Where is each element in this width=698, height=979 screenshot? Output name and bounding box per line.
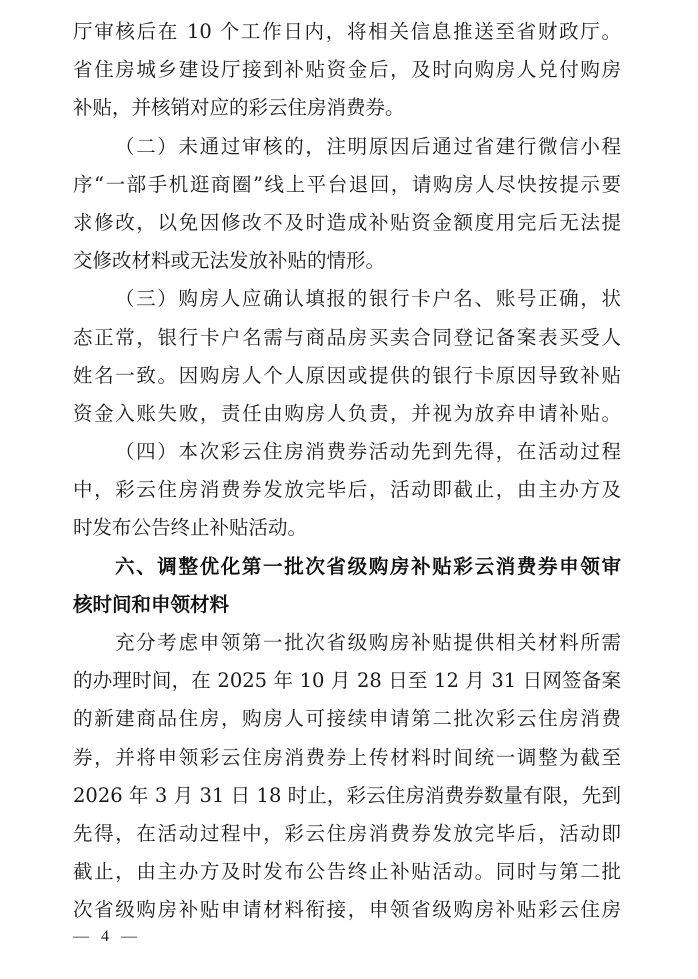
paragraph-item-4: （四）本次彩云住房消费券活动先到先得，在活动过程 中，彩云住房消费券发放完毕后，…	[73, 433, 621, 548]
text-line: 的新建商品住房，购房人可接续申请第二批次彩云住房消费	[73, 700, 621, 738]
text-line: 券，并将申领彩云住房消费券上传材料时间统一调整为截至	[73, 739, 621, 777]
page-number: — 4 —	[73, 928, 141, 946]
paragraph-section-6: 充分考虑申领第一批次省级购房补贴提供相关材料所需 的办理时间，在 2025 年 …	[73, 624, 621, 930]
text-line: （三）购房人应确认填报的银行卡户名、账号正确，状	[73, 280, 621, 318]
text-line: 2026 年 3 月 31 日 18 时止，彩云住房消费券数量有限，先到	[73, 777, 621, 815]
text-line: 求修改，以免因修改不及时造成补贴资金额度用完后无法提	[73, 204, 621, 242]
text-line: 充分考虑申领第一批次省级购房补贴提供相关材料所需	[73, 624, 621, 662]
heading-line: 核时间和申领材料	[73, 586, 621, 624]
text-line: 补贴，并核销对应的彩云住房消费券。	[73, 89, 621, 127]
text-line: 截止，由主办方及时发布公告终止补贴活动。同时与第二批	[73, 853, 621, 891]
paragraph-continued: 厅审核后在 10 个工作日内，将相关信息推送至省财政厅。 省住房城乡建设厅接到补…	[73, 13, 621, 128]
paragraph-item-3: （三）购房人应确认填报的银行卡户名、账号正确，状 态正常，银行卡户名需与商品房买…	[73, 280, 621, 433]
text-line: 的办理时间，在 2025 年 10 月 28 日至 12 月 31 日网签备案	[73, 662, 621, 700]
text-line: 中，彩云住房消费券发放完毕后，活动即截止，由主办方及	[73, 471, 621, 509]
text-line: （二）未通过审核的，注明原因后通过省建行微信小程	[73, 128, 621, 166]
text-line: 时发布公告终止补贴活动。	[73, 509, 621, 547]
text-line: 姓名一致。因购房人个人原因或提供的银行卡原因导致补贴	[73, 357, 621, 395]
text-line: 序“一部手机逛商圈”线上平台退回，请购房人尽快按提示要	[73, 166, 621, 204]
document-page: 厅审核后在 10 个工作日内，将相关信息推送至省财政厅。 省住房城乡建设厅接到补…	[73, 13, 621, 930]
paragraph-item-2: （二）未通过审核的，注明原因后通过省建行微信小程 序“一部手机逛商圈”线上平台退…	[73, 128, 621, 281]
text-line: 交修改材料或无法发放补贴的情形。	[73, 242, 621, 280]
text-line: 省住房城乡建设厅接到补贴资金后，及时向购房人兑付购房	[73, 51, 621, 89]
text-line: 次省级购房补贴申请材料衔接，申领省级购房补贴彩云住房	[73, 891, 621, 929]
section-heading: 六、调整优化第一批次省级购房补贴彩云消费券申领审 核时间和申领材料	[73, 548, 621, 624]
heading-line: 六、调整优化第一批次省级购房补贴彩云消费券申领审	[73, 548, 621, 586]
text-line: 先得，在活动过程中，彩云住房消费券发放完毕后，活动即	[73, 815, 621, 853]
text-line: 态正常，银行卡户名需与商品房买卖合同登记备案表买受人	[73, 319, 621, 357]
text-line: （四）本次彩云住房消费券活动先到先得，在活动过程	[73, 433, 621, 471]
text-line: 资金入账失败，责任由购房人负责，并视为放弃申请补贴。	[73, 395, 621, 433]
text-line: 厅审核后在 10 个工作日内，将相关信息推送至省财政厅。	[73, 13, 621, 51]
